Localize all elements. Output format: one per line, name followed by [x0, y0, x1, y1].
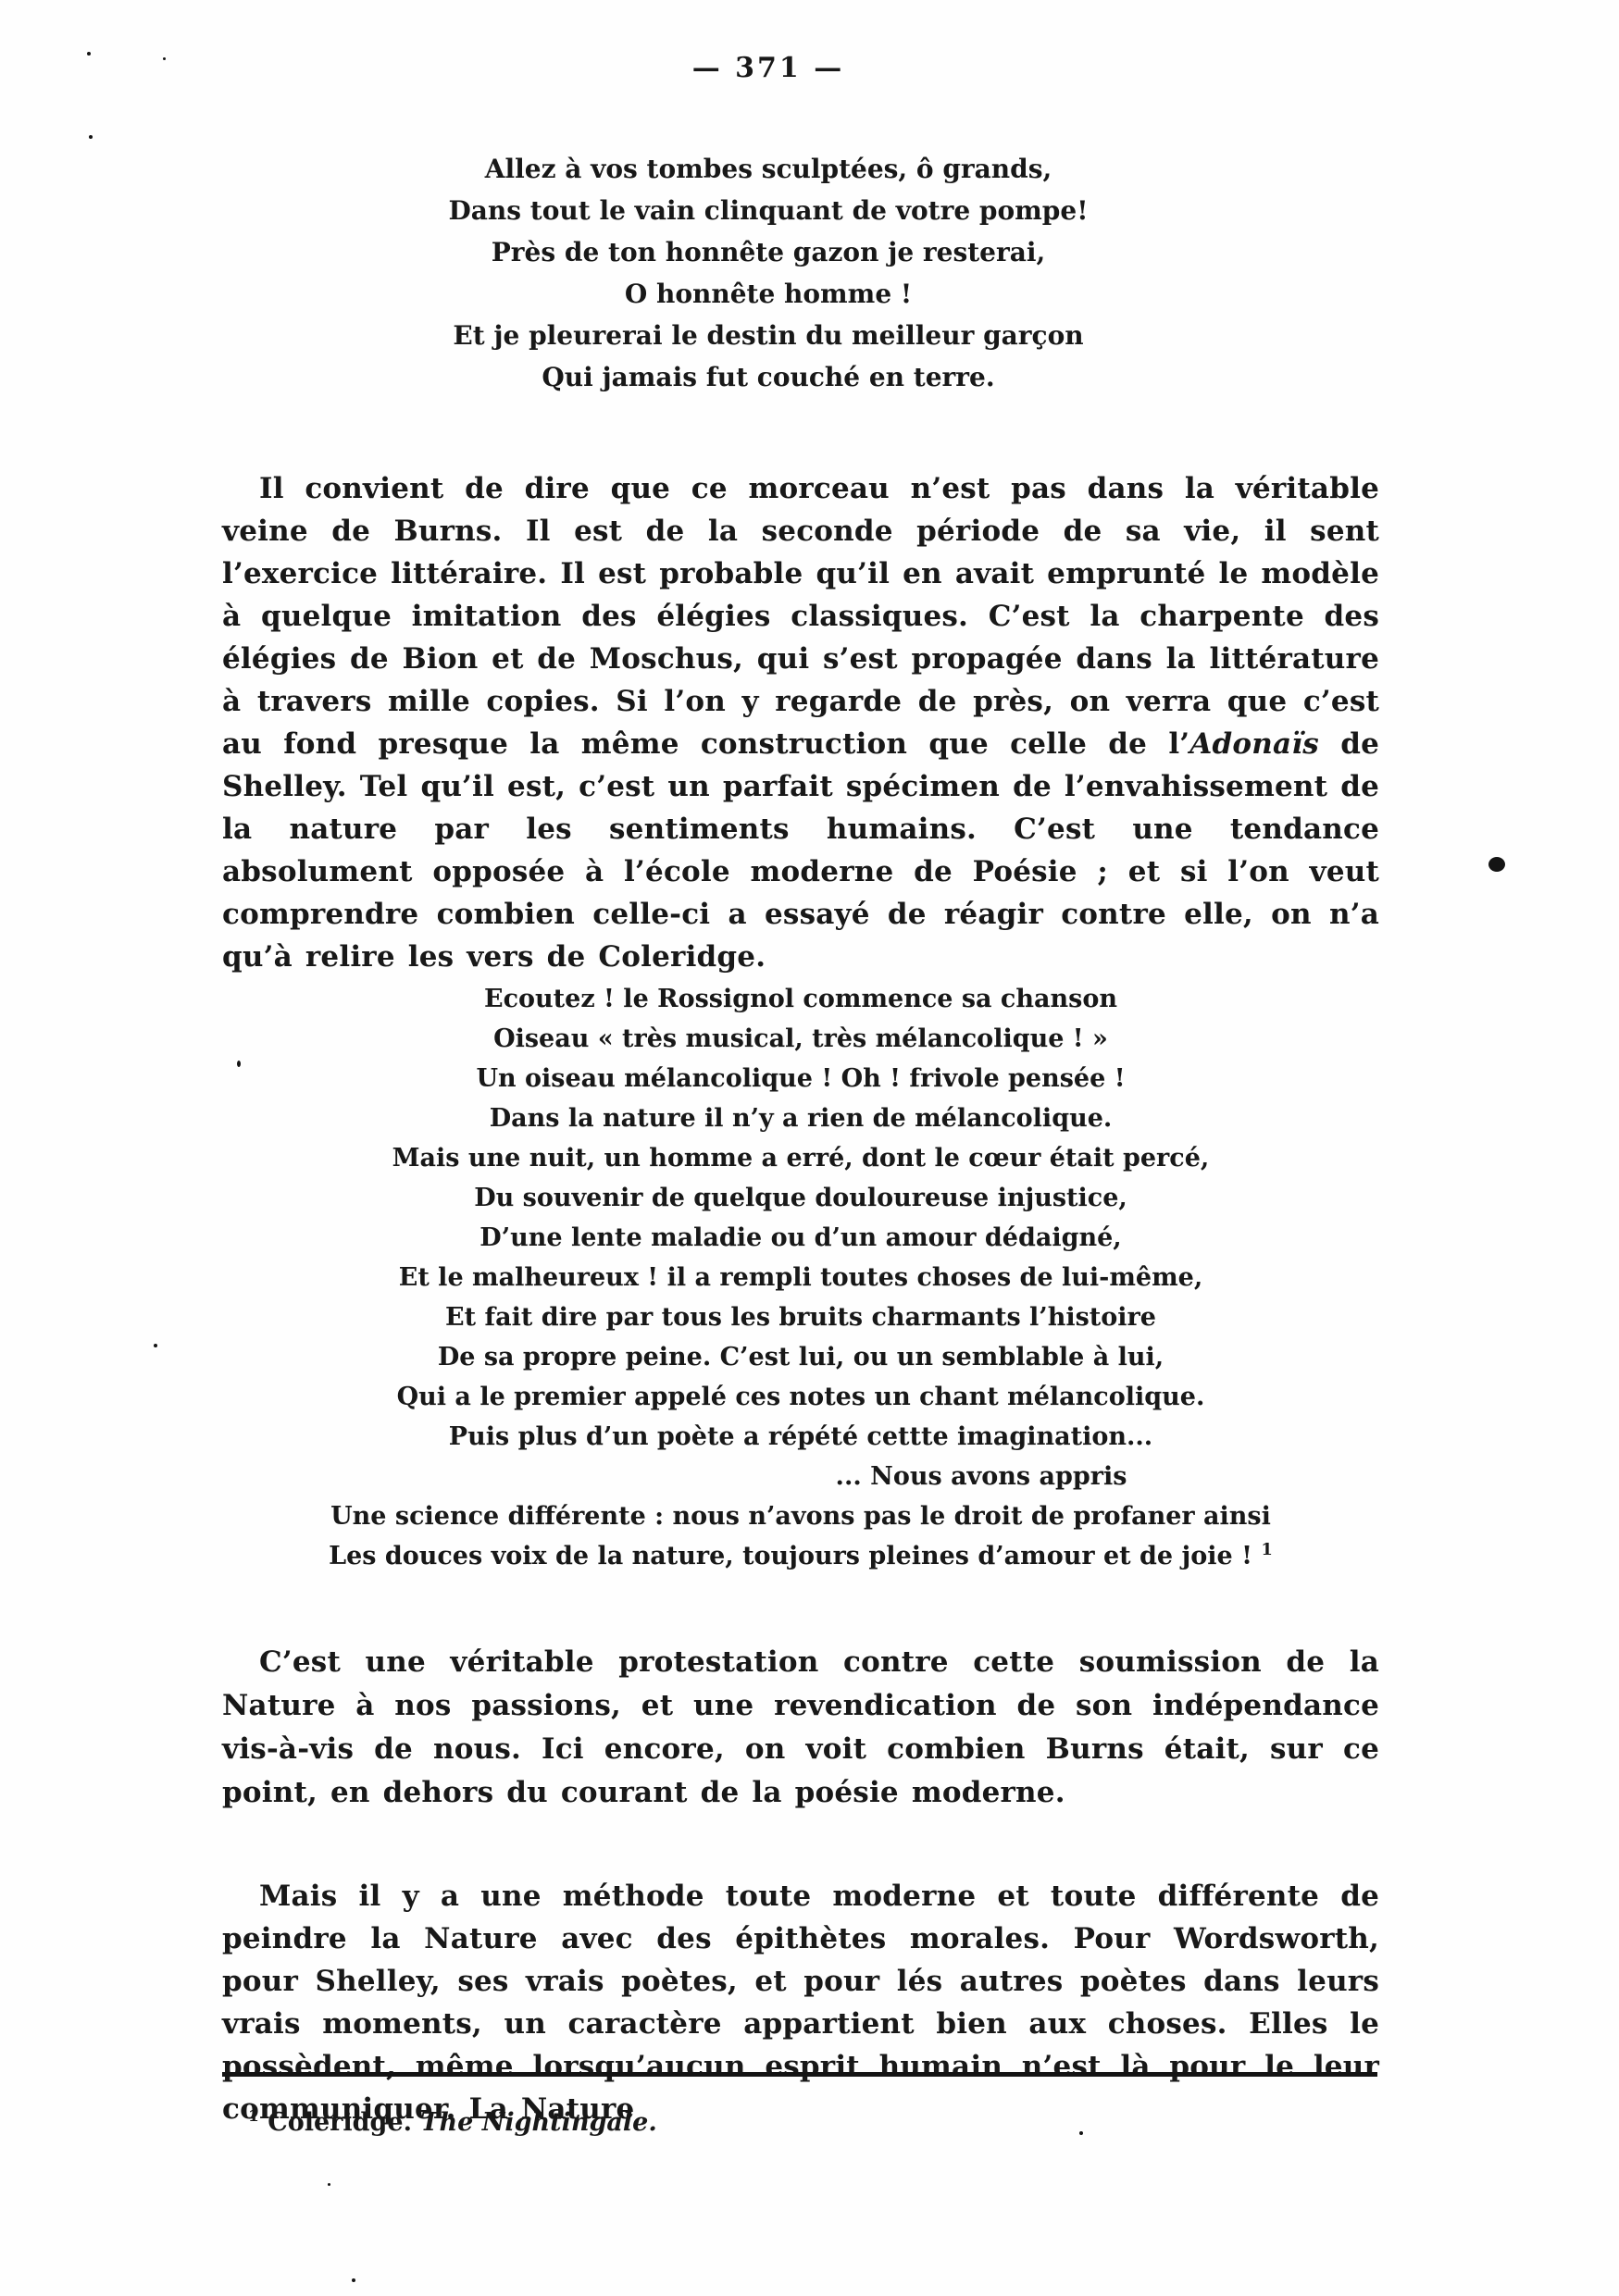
- poem-line: Dans tout le vain clinquant de votre pom…: [167, 190, 1370, 231]
- ink-speck: [89, 135, 93, 139]
- poem-line: D’une lente maladie ou d’un amour dédaig…: [199, 1218, 1402, 1258]
- footnote-marker: 1: [248, 2107, 259, 2126]
- footnote: 1 Coleridge. The Nightingale.: [248, 2099, 1359, 2141]
- poem-line: Qui a le premier appelé ces notes un cha…: [199, 1377, 1402, 1417]
- poem-line: O honnête homme !: [167, 273, 1370, 315]
- paragraph-protestation: C’est une véritable protestation contre …: [222, 1641, 1379, 1815]
- poem-line: De sa propre peine. C’est lui, ou un sem…: [199, 1337, 1402, 1377]
- footnote-title: The Nightingale.: [420, 2108, 656, 2137]
- footnote-rule: [222, 2072, 1377, 2077]
- ink-speck: [352, 2278, 355, 2282]
- poem-coleridge-nightingale: Ecoutez ! le Rossignol commence sa chans…: [199, 979, 1402, 1576]
- poem-line: Près de ton honnête gazon je resterai,: [167, 231, 1370, 273]
- poem-line: Oiseau « très musical, très mélancolique…: [199, 1019, 1402, 1059]
- ink-speck: [163, 57, 166, 60]
- ink-speck: [1488, 857, 1505, 872]
- poem-line: Ecoutez ! le Rossignol commence sa chans…: [199, 979, 1402, 1019]
- page-number: — 371 —: [167, 52, 1370, 84]
- poem-line: Mais une nuit, un homme a erré, dont le …: [199, 1138, 1402, 1178]
- ink-speck: [1079, 2131, 1083, 2135]
- poem-line: ... Nous avons appris: [380, 1457, 1583, 1496]
- ink-speck: [154, 1344, 157, 1347]
- paragraph-commentary-burns: Il convient de dire que ce morceau n’est…: [222, 467, 1379, 978]
- paragraph-text: Il convient de dire que ce morceau n’est…: [222, 472, 1379, 761]
- poem-line: Une science différente : nous n’avons pa…: [199, 1496, 1402, 1536]
- poem-line: Du souvenir de quelque douloureuse injus…: [199, 1178, 1402, 1218]
- footnote-reference: 1: [1261, 1540, 1273, 1559]
- poem-line: Un oiseau mélancolique ! Oh ! frivole pe…: [199, 1059, 1402, 1098]
- ink-speck: [328, 2183, 330, 2186]
- footnote-author: Coleridge.: [268, 2108, 420, 2137]
- poem-line: Puis plus d’un poète a répété cettte ima…: [199, 1417, 1402, 1457]
- poem-line-text: Les douces voix de la nature, toujours p…: [329, 1542, 1261, 1570]
- ink-speck: [237, 1061, 241, 1067]
- poem-epitaph: Allez à vos tombes sculptées, ô grands, …: [167, 148, 1370, 398]
- italic-title-adonais: Adonaïs: [1189, 727, 1319, 761]
- poem-line: Et le malheureux ! il a rempli toutes ch…: [199, 1258, 1402, 1297]
- paragraph-text: de Shelley. Tel qu’il est, c’est un parf…: [222, 727, 1379, 974]
- ink-speck: [87, 52, 91, 56]
- poem-line: Allez à vos tombes sculptées, ô grands,: [167, 148, 1370, 190]
- scanned-book-page: — 371 — Allez à vos tombes sculptées, ô …: [0, 0, 1619, 2296]
- poem-line: Et je pleurerai le destin du meilleur ga…: [167, 315, 1370, 356]
- poem-line: Dans la nature il n’y a rien de mélancol…: [199, 1098, 1402, 1138]
- poem-line-with-footnote: Les douces voix de la nature, toujours p…: [199, 1536, 1402, 1576]
- paragraph-methode-moderne: Mais il y a une méthode toute moderne et…: [222, 1875, 1379, 2130]
- poem-line: Qui jamais fut couché en terre.: [167, 356, 1370, 398]
- poem-line: Et fait dire par tous les bruits charman…: [199, 1297, 1402, 1337]
